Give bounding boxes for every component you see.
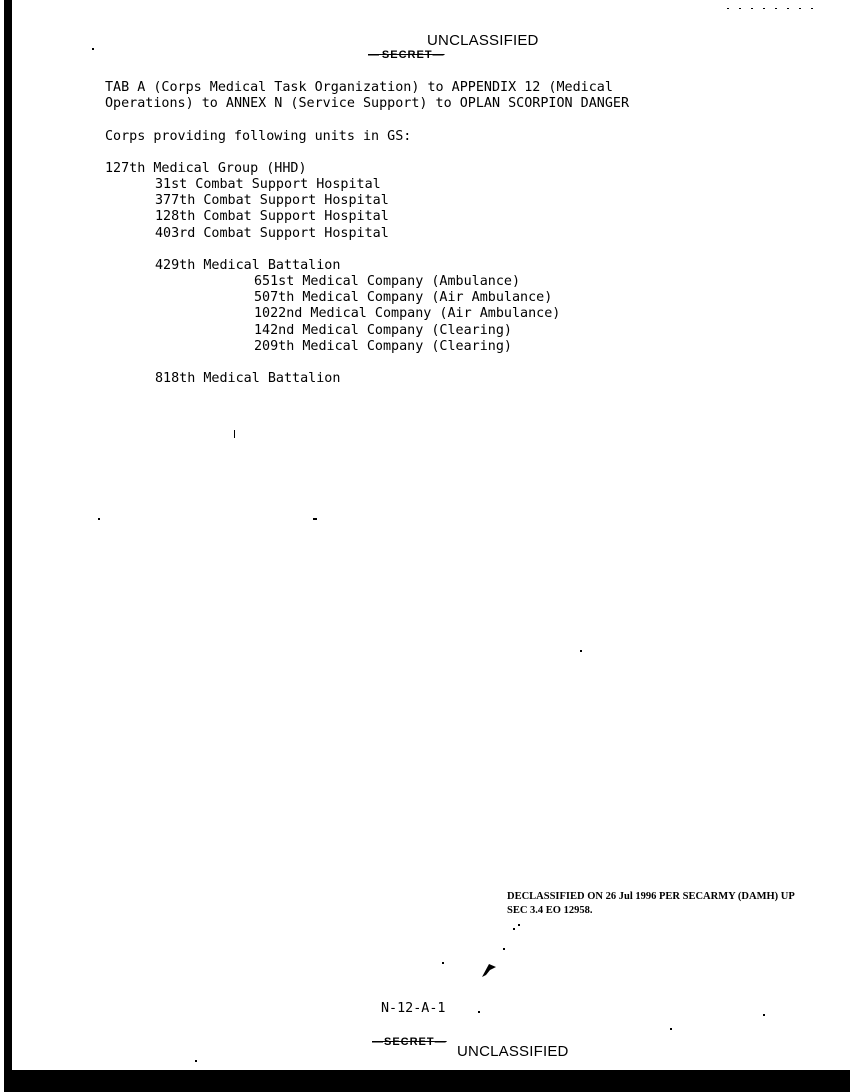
scan-speck: [513, 928, 515, 930]
scan-speck: [763, 1014, 765, 1016]
scan-speck: [670, 1028, 672, 1030]
handwritten-mark: [480, 958, 498, 978]
declassification-line-1: DECLASSIFIED ON 26 Jul 1996 PER SECARMY …: [507, 890, 847, 904]
declassification-line-2: SEC 3.4 EO 12958.: [507, 904, 847, 918]
header-struck-text: SECRET: [382, 49, 433, 61]
header-classification: UNCLASSIFIED: [427, 32, 539, 49]
declassification-stamp: DECLASSIFIED ON 26 Jul 1996 PER SECARMY …: [507, 890, 847, 918]
scan-left-margin: [0, 0, 4, 1092]
hospital-item: 31st Combat Support Hospital: [155, 177, 381, 193]
footer-struck-text: SECRET: [384, 1036, 435, 1048]
scan-speck: [195, 1060, 197, 1062]
hospital-item: 403rd Combat Support Hospital: [155, 226, 389, 242]
header-struck-marking: — SECRET—: [368, 49, 445, 61]
scan-speck: [580, 650, 582, 652]
footer-struck-marking: —SECRET—: [372, 1036, 447, 1048]
footer-classification: UNCLASSIFIED: [457, 1043, 569, 1060]
scan-bottom-border: [10, 1070, 850, 1092]
company-item: 209th Medical Company (Clearing): [254, 339, 512, 355]
scan-speck: [313, 518, 317, 520]
scan-speck-row: [727, 8, 817, 9]
scan-speck: [234, 430, 235, 438]
company-item: 651st Medical Company (Ambulance): [254, 274, 520, 290]
scan-speck: [442, 962, 444, 964]
scan-speck: [98, 518, 100, 520]
page-number: N-12-A-1: [381, 1001, 446, 1017]
battalion-name: 818th Medical Battalion: [155, 371, 340, 387]
company-item: 1022nd Medical Company (Air Ambulance): [254, 306, 560, 322]
hospital-item: 128th Combat Support Hospital: [155, 209, 389, 225]
document-title-line-1: TAB A (Corps Medical Task Organization) …: [105, 80, 613, 96]
company-item: 507th Medical Company (Air Ambulance): [254, 290, 552, 306]
group-name: 127th Medical Group (HHD): [105, 161, 307, 177]
document-title-line-2: Operations) to ANNEX N (Service Support)…: [105, 96, 629, 112]
scan-speck: [92, 48, 94, 50]
scan-speck: [503, 948, 505, 950]
company-item: 142nd Medical Company (Clearing): [254, 323, 512, 339]
scan-speck: [518, 924, 520, 926]
battalion-name: 429th Medical Battalion: [155, 258, 340, 274]
scan-speck: [478, 1011, 480, 1013]
intro-text: Corps providing following units in GS:: [105, 129, 411, 145]
hospital-item: 377th Combat Support Hospital: [155, 193, 389, 209]
